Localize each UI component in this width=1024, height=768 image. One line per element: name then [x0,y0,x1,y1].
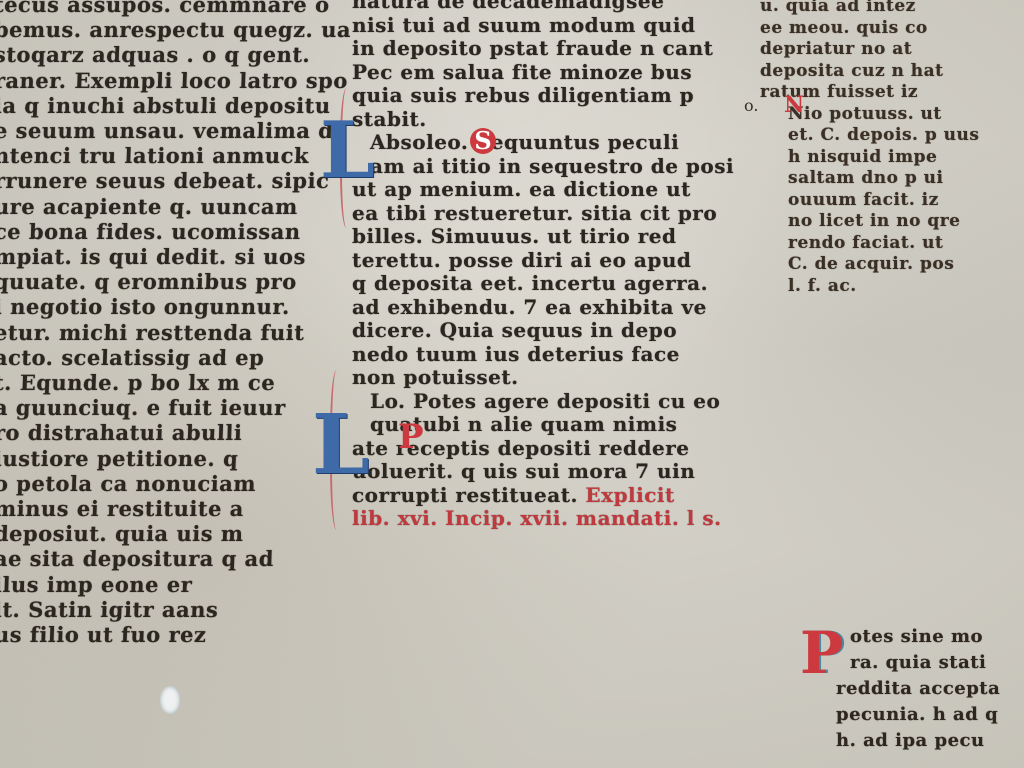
text-line: Absoleo. Sequuntus peculi [352,131,732,155]
gloss-line: et. C. depois. p uus [760,125,980,147]
text-line: ad exhibendu. 7 ea exhibita ve [352,296,732,320]
text-line: non potuisset. [352,366,732,390]
text-line: t. Equnde. p bo lx m ce [0,370,304,395]
text-line: quuate. q eromnibus pro [0,269,304,294]
text-line: it. Satin igitr aans [0,597,304,622]
red-initial-N: N [784,92,804,118]
text-line: billes. Simuuus. ut tirio red [352,225,732,249]
text-line: a guunciuq. e fuit ieuur [0,395,304,420]
text-line: nedo tuum ius deterius face [352,343,732,367]
text-line: ae sita depositura q ad [0,546,304,571]
text-line: am ai titio in sequestro de posi [352,155,732,179]
decorated-initial-L: L [312,404,370,486]
rubric-incipit-line: lib. xvi. Incip. xvii. mandati. l s. [352,507,732,531]
gloss-line: no licet in no qre [760,211,980,233]
text-line: pecunia. h ad q [836,702,1024,728]
text-line: q deposita eet. incertu agerra. [352,272,732,296]
text-line: etur. michi resttenda fuit [0,320,304,345]
text-line: natura de decademadigsee [352,0,732,14]
gloss-line: depriatur no at [760,39,980,61]
red-initial-P: P [398,420,424,454]
text-line: ntenci tru lationi anmuck [0,143,304,168]
bottom-right-text-column: otes sine mo ra. quia stati reddita acce… [836,624,1024,754]
text-line: rrunere seuus debeat. sipic [0,168,304,193]
gloss-line: saltam dno p ui [760,168,980,190]
gloss-marker: o. [744,96,758,115]
gloss-line: u. quia ad intez [760,0,980,18]
text-line: ilus imp eone er [0,572,304,597]
text-line: raner. Exempli loco latro spo [0,68,304,93]
text-line: e seuum unsau. vemalima d [0,118,304,143]
gloss-line: deposita cuz n hat [760,61,980,83]
text-line: o petola ca nonuciam [0,471,304,496]
red-initial-S: S [470,128,496,154]
text-line: Lo. Potes agere depositi cu eo [352,390,732,414]
text-line: ro distrahatui abulli [0,420,304,445]
text-line: quia suis rebus diligentiam p [352,84,732,108]
text-fragment: corrupti restitueat. [352,483,578,507]
gloss-line: rendo faciat. ut [760,233,980,255]
decorated-initial-L: L [320,112,375,190]
text-line: in deposito pstat fraude n cant [352,37,732,61]
gloss-line: ouuum facit. iz [760,190,980,212]
text-line: otes sine mo [836,624,1024,650]
text-line: ce bona fides. ucomissan [0,219,304,244]
text-line: iustiore petitione. q [0,446,304,471]
parchment-hole [160,686,180,714]
text-line: ia q inuchi abstuli depositu [0,93,304,118]
text-line: uoluerit. q uis sui mora 7 uin [352,460,732,484]
text-line: stabit. [352,108,732,132]
text-line: ea tibi restueretur. sitia cit pro [352,202,732,226]
text-line: us filio ut fuo rez [0,622,304,647]
gloss-line: l. f. ac. [760,276,980,298]
text-line: acto. scelatissig ad ep [0,345,304,370]
text-line: nisi tui ad suum modum quid [352,14,732,38]
text-line: h. ad ipa pecu [836,728,1024,754]
text-line: corrupti restitueat. Explicit [352,484,732,508]
gloss-line: ee meou. quis co [760,18,980,40]
text-line: mpiat. is qui dedit. si uos [0,244,304,269]
text-line: ut ap menium. ea dictione ut [352,178,732,202]
rubric-explicit: Explicit [585,483,674,507]
text-line: stoqarz adquas . o q gent. [0,42,304,67]
gloss-line: h nisquid impe [760,147,980,169]
text-line: minus ei restituite a [0,496,304,521]
text-line: Pec em salua fite minoze bus [352,61,732,85]
text-line: terettu. posse diri ai eo apud [352,249,732,273]
left-text-column: tecus assupos. cemmnare o bemus. anrespe… [0,0,304,647]
text-line: i negotio isto ongunnur. [0,294,304,319]
right-gloss-column: u. quia ad intez ee meou. quis co depria… [760,0,980,297]
text-line: reddita accepta [836,676,1024,702]
text-line: ure acapiente q. uuncam [0,194,304,219]
text-line: tecus assupos. cemmnare o [0,0,304,17]
text-line: bemus. anrespectu quegz. ua [0,17,304,42]
text-line: ra. quia stati [836,650,1024,676]
gloss-line: C. de acquir. pos [760,254,980,276]
text-line: deposiut. quia uis m [0,521,304,546]
text-line: dicere. Quia sequus in depo [352,319,732,343]
